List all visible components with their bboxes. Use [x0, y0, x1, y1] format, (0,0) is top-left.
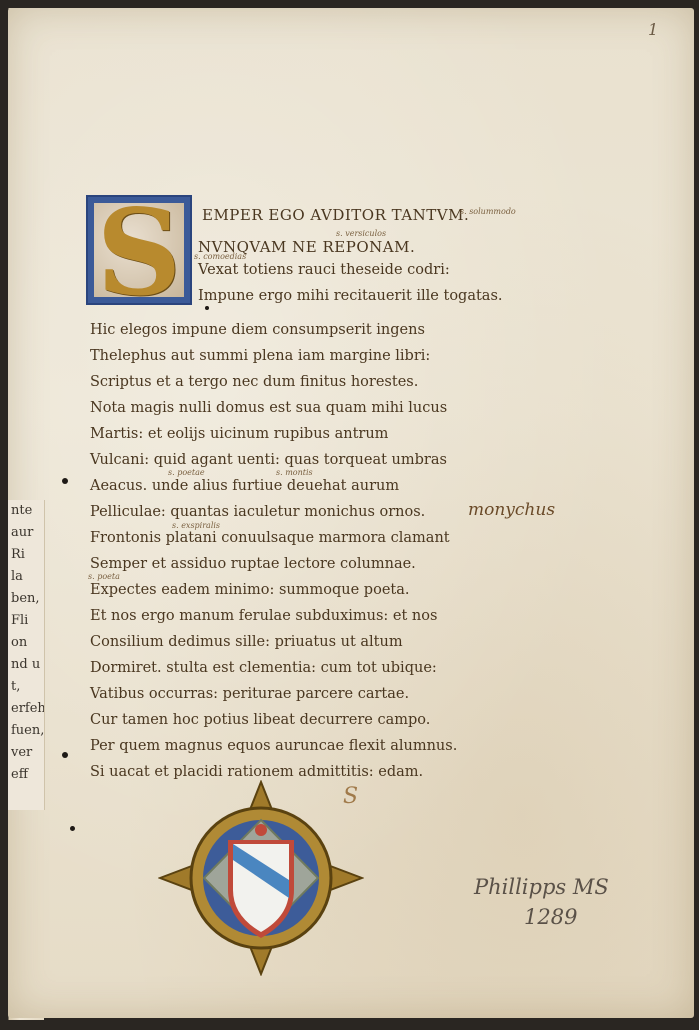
text-line: Cur tamen hoc potius libeat decurrere ca…: [90, 712, 430, 728]
stub-text: aur: [8, 522, 44, 544]
ink-dot: [205, 306, 209, 310]
coat-of-arms-icon: [158, 780, 364, 976]
shelfmark-line-2: 1289: [474, 902, 609, 932]
stub-text: nd u: [8, 654, 44, 676]
stub-text: Fli: [8, 610, 44, 632]
text-line: Scriptus et a tergo nec dum finitus hore…: [90, 374, 418, 390]
text-line: Impune ergo mihi recitauerit ille togata…: [198, 288, 503, 304]
interlinear-gloss: s. poetae: [168, 468, 205, 477]
interlinear-gloss: s. solummodo: [460, 207, 516, 216]
text-line: Hic elegos impune diem consumpserit inge…: [90, 322, 425, 338]
stub-text: t,: [8, 676, 44, 698]
stub-text: fuen,: [8, 720, 44, 742]
text-line: Et nos ergo manum ferulae subduximus: et…: [90, 608, 437, 624]
interlinear-gloss: s. exspiralis: [172, 521, 220, 530]
stub-text: Ri: [8, 544, 44, 566]
text-line: Vulcani: quid agant uenti: quas torqueat…: [90, 452, 447, 468]
ink-dot: [62, 752, 68, 758]
stub-text: erfeh: [8, 698, 44, 720]
interlinear-gloss: s. poeta: [88, 572, 120, 581]
text-line: Martis: et eolijs uicinum rupibus antrum: [90, 426, 388, 442]
text-line: Aeacus. unde alius furtiue deuehat aurum: [90, 478, 399, 494]
text-line: Dormiret. stulta est clementia: cum tot …: [90, 660, 437, 676]
stub-text: ben,: [8, 588, 44, 610]
text-line: Vatibus occurras: periturae parcere cart…: [90, 686, 409, 702]
text-line: Vexat totiens rauci theseide codri:: [198, 262, 450, 278]
folio-number: 1: [648, 20, 658, 39]
ink-dot: [62, 478, 68, 484]
text-line: Nota magis nulli domus est sua quam mihi…: [90, 400, 447, 416]
text-line: Si uacat et placidi rationem admittitis:…: [90, 764, 423, 780]
ink-dot: [70, 826, 75, 831]
illuminated-initial: S: [86, 195, 192, 305]
text-line: Semper et assiduo ruptae lectore columna…: [90, 556, 416, 572]
text-line: Per quem magnus equos auruncae flexit al…: [90, 738, 457, 754]
text-line: Frontonis platani conuulsaque marmora cl…: [90, 530, 450, 546]
interlinear-gloss: s. montis: [276, 468, 313, 477]
interlinear-gloss: s. versiculos: [336, 229, 386, 238]
margin-note: monychus: [468, 500, 555, 520]
stub-text: la: [8, 566, 44, 588]
shelfmark-note: Phillipps MS 1289: [474, 872, 609, 932]
text-line: Thelephus aut summi plena iam margine li…: [90, 348, 430, 364]
stub-text: nte: [8, 500, 44, 522]
interlinear-gloss: s. comoedias: [194, 252, 246, 261]
binding-stub-fragment: nte aur Ri la ben, Fli on nd u t, erfeh …: [8, 500, 45, 810]
text-line: EMPER EGO AVDITOR TANTVM.: [202, 206, 469, 224]
stub-text: ver: [8, 742, 44, 764]
shelfmark-line-1: Phillipps MS: [474, 872, 609, 902]
text-line: Pelliculae: quantas iaculetur monichus o…: [90, 504, 425, 520]
text-line: Expectes eadem minimo: summoque poeta.: [90, 582, 409, 598]
stub-text: eff: [8, 764, 44, 786]
stub-text: on: [8, 632, 44, 654]
initial-letter: S: [88, 183, 190, 322]
text-line: Consilium dedimus sille: priuatus ut alt…: [90, 634, 403, 650]
